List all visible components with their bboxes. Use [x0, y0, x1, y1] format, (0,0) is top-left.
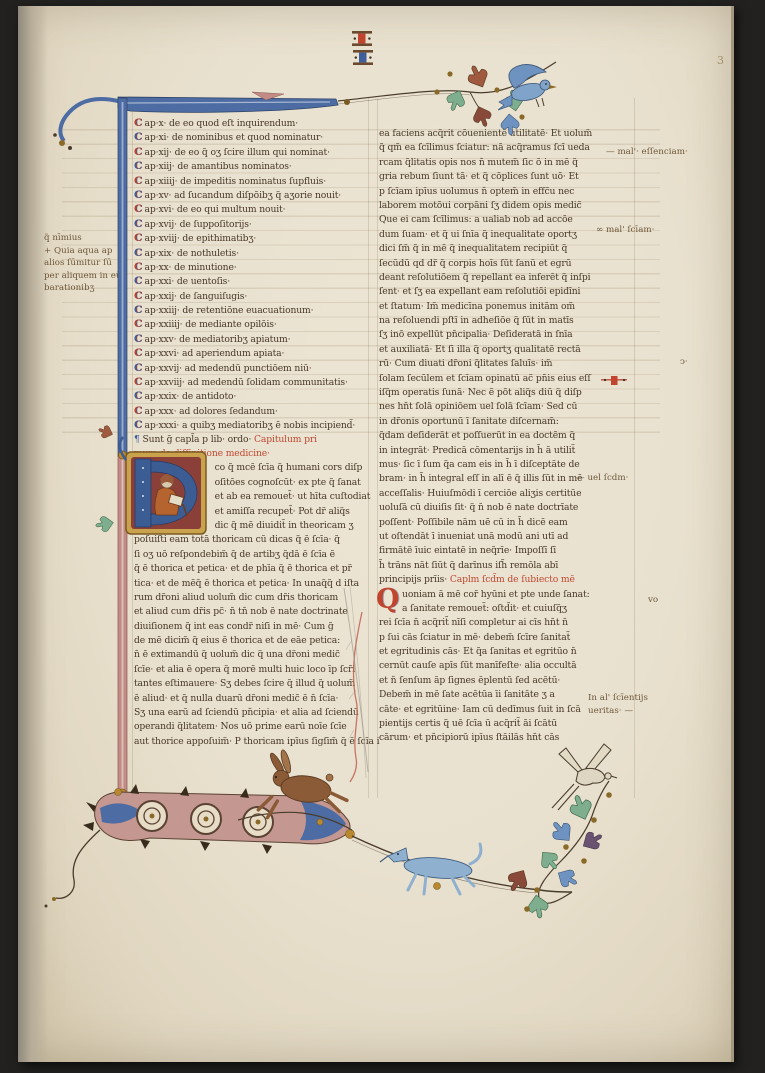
- text-line: diuiſionem q̃ int eas condr̃ niſi in mē·…: [134, 620, 369, 634]
- chapter-entry: Cap·xx· de minutione·: [134, 260, 369, 274]
- chapter-entry: Cap·xi· de nominibus et quod nominatur·: [134, 130, 369, 144]
- chapter-initial: C: [134, 404, 145, 418]
- margin-note: In al' ſcīentijsueritas· —: [588, 692, 648, 717]
- margin-note-line: ∞ mal' ſcīam·: [596, 224, 654, 237]
- chapter-entry-text: ap·xxiij· de retentiōne euacuationum·: [145, 305, 314, 316]
- ruling-vertical: [132, 98, 133, 798]
- chapter-entry-text: ap·xviij· de epithimatibʒ·: [145, 233, 257, 244]
- text-line: et amiſſa recupet̃· Pot dr̃ aliq̃s: [215, 505, 370, 519]
- text-line: h̃ trāns nāt ſiūt q̃ darīnus iſh̃ remōla…: [379, 559, 634, 573]
- chapter-initial: C: [134, 217, 145, 231]
- chapter-entry-text: ap·xv· ad ſucandum diſpōibʒ q̃ aʒorie no…: [145, 190, 342, 201]
- rubric-chapter1-part1: Capitulum pri: [254, 434, 317, 445]
- text-line: de mē dicim̃ q̃ eius ē thorica et de eāe…: [134, 634, 369, 648]
- chapter-entry-text: ap·xxix· de antidoto·: [145, 391, 237, 402]
- text-line: tantes eſtimauere· Sʒ debes ſcire q̃ ill…: [134, 677, 369, 691]
- chapter-entry-text: ap·xxvij· ad medendū punctiōem niū·: [145, 363, 312, 374]
- chapter-initial: C: [134, 246, 145, 260]
- chapter-initial: C: [134, 317, 145, 331]
- right-text-column: ea faciens acq̃rit cōuenientē utilitatē·…: [379, 127, 634, 746]
- chapter-entry-text: ap·xxi· de uentoſis·: [145, 276, 230, 287]
- chapter-entry: Cap·xxxi· a quibʒ mediatoribʒ ē nobis in…: [134, 418, 369, 432]
- margin-note-line: per aliquem in eū: [44, 270, 122, 283]
- chapter-initial: C: [134, 361, 145, 375]
- chapter-entry-text: ap·xxxi· a quibʒ mediatoribʒ ē nobis inc…: [145, 420, 356, 431]
- text-line: firmātē īuic eintatē in neq̃rīe· Impoſſī…: [379, 544, 634, 558]
- margin-note-line: In al' ſcīentijs: [588, 692, 648, 705]
- binding-gutter-shadow: [18, 6, 48, 1062]
- text-line: et aliud cum dr̃is pc̃· n̄ tn̄ nob ē nat…: [134, 605, 369, 619]
- chapter-initial: C: [134, 130, 145, 144]
- text-line: et ſtatum· Im̃ medicīna ponemus initām o…: [379, 300, 634, 314]
- chapter-entry: Cap·xiiij· de impeditis nominatus ſupflu…: [134, 174, 369, 188]
- text-line: ſolam ſecūlem et ſcīam opinatū ac̃ pn̄is…: [379, 372, 634, 386]
- chapter-initial: C: [134, 332, 145, 346]
- chapter-entry: Cap·xxix· de antidoto·: [134, 389, 369, 403]
- text-line: oſitōes cognoſcūt· ex pte q̃ ſanat: [215, 476, 370, 490]
- text-line: ea faciens acq̃rit cōuenientē utilitatē·…: [379, 127, 634, 141]
- text-line: p ſui cās ſciatur in mē· debem̃ ſcīre ſa…: [379, 631, 634, 645]
- rubric-chapter1-part2: mum de diffinitione medicine·: [134, 447, 369, 461]
- text-line: pientijs certis q̃ uē ſcīa ū acq̃rit̃ āi…: [379, 717, 634, 731]
- ruling-vertical: [377, 98, 378, 798]
- text-line: operandi q̃litatem· Nos uō prime earū no…: [134, 720, 369, 734]
- chapter-entry: Cap·xvi· de eo qui multum nouit·: [134, 202, 369, 216]
- margin-note-line: alios ſūmitur ſū: [44, 257, 122, 270]
- left-text-column: Cap·x· de eo quod eſt inquirendum·Cap·xi…: [134, 116, 369, 749]
- text-line: et egritudinis cās· Et q̃a ſanitas et eg…: [379, 645, 634, 659]
- margin-note: q̃ nīmius+ Quia aqua apalios ſūmitur ſūp…: [44, 232, 122, 295]
- chapter-entry-text: ap·xx· de minutione·: [145, 262, 237, 273]
- text-line: et ab ea remouet̃· ut hīta cuſtodiat: [215, 490, 370, 504]
- chapter-entry: Cap·xij· de eo q̃ oʒ ſcire illum qui nom…: [134, 145, 369, 159]
- text-line: uoniam ā mē cor̃ hyūni et pte unde ſanat…: [402, 588, 634, 602]
- chapter-entry: Cap·xxi· de uentoſis·: [134, 274, 369, 288]
- margin-note-line: vo: [648, 594, 658, 607]
- text-line: poſuiſti eam totā thoricam cū dicas q̃ ē…: [134, 533, 369, 547]
- text-line: uoluſā cū diuiſis ſit· q̃ n̄ nob ē nate …: [379, 501, 634, 515]
- folio-number: 3: [717, 54, 724, 67]
- chapter-entry-text: ap·xvij· de ſuppoſitorijs·: [145, 219, 252, 230]
- chapter-entry: Cap·xviij· de epithimatibʒ·: [134, 231, 369, 245]
- text-line: cārum· et pn̄cipiorū ipīus ſtāilās hn̄t …: [379, 731, 634, 745]
- chapter1-text-beside-initial: co q̃ mcē ſcīa q̃ humani cors diſpoſitōe…: [134, 461, 369, 533]
- text-line: co q̃ mcē ſcīa q̃ humani cors diſp: [215, 461, 370, 475]
- chapter-entry-text: ap·x· de eo quod eſt inquirendum·: [145, 118, 298, 129]
- text-line: gria rebum ſiunt tā· et q̃ cōplices ſunt…: [379, 170, 634, 184]
- chapter-entry-text: ap·xiij· de amantibus nominatos·: [145, 161, 292, 172]
- text-line: et n̄ ſenſum āp ſignes ēplentū ſed acētū…: [379, 674, 634, 688]
- text-line: acceſſalis· Huiuſmōdi ī cerciōe aliʒis c…: [379, 487, 634, 501]
- chapter-entry: Cap·xxiij· de retentiōne euacuationum·: [134, 303, 369, 317]
- chapter-initial: C: [134, 145, 145, 159]
- chapter-entry-text: ap·xxij· de ſanguiſugis·: [145, 291, 248, 302]
- chapter-initial: C: [134, 202, 145, 216]
- chapter-entry-text: ap·xiiij· de impeditis nominatus ſupflui…: [145, 176, 326, 187]
- text-line: aut thorice appoſuim̃· P thoricam ipīus …: [134, 735, 369, 749]
- chapter-initial: C: [134, 303, 145, 317]
- text-line: poſſent· Poſſibile nām uē cū in h̃ dicē …: [379, 516, 634, 530]
- chapter-entry: Cap·xxiiij· de mediante opilōis·: [134, 317, 369, 331]
- text-line: q̃dam deſiderāt et poſſuerūt in ea doctē…: [379, 429, 634, 443]
- chapter-initial: C: [134, 188, 145, 202]
- text-line: rū· Cum diuati dr̃oni q̃litates ſaluīs· …: [379, 357, 634, 371]
- chapter-initial: C: [134, 418, 145, 432]
- margin-note: ∞ mal' ſcīam·: [596, 224, 654, 237]
- chapter-entry: Cap·xxx· ad dolores ſedandum·: [134, 404, 369, 418]
- chapter-entry: Cap·xxviij· ad medendū ſolidam communita…: [134, 375, 369, 389]
- text-line: q̃ qm̃ ea ſcīlimus ſciatur: nā acq̃ramus…: [379, 141, 634, 155]
- chapter-entry: Cap·xxvi· ad aperiendum apiata·: [134, 346, 369, 360]
- chapter-index-list: Cap·x· de eo quod eſt inquirendum·Cap·xi…: [134, 116, 369, 433]
- chapter-initial: C: [134, 116, 145, 130]
- index-close-text: Sunt g̃ capl̃a p lib· ordo·: [143, 434, 252, 445]
- text-line: ſcīe· et alia ē opera q̃ morē multi huic…: [134, 663, 369, 677]
- margin-note-line: barationibʒ: [44, 282, 122, 295]
- margin-note: vo: [648, 594, 658, 607]
- margin-note-line: ueritas· —: [588, 705, 648, 718]
- text-line: laborem motōui corpāni ſʒ didem opis med…: [379, 199, 634, 213]
- chapter-entry: Cap·xxij· de ſanguiſugis·: [134, 289, 369, 303]
- chapter-entry-text: ap·xxiiij· de mediante opilōis·: [145, 319, 277, 330]
- text-line: dici ſm̃ q̃ in mē q̃ inequalitatem recip…: [379, 242, 634, 256]
- margin-note-line: q̃ nīmius: [44, 232, 122, 245]
- chapter-entry: Cap·xiij· de amantibus nominatos·: [134, 159, 369, 173]
- rubric-chapter2-line: principijs prīis· Caplm ſcd̃m de ſubiect…: [379, 573, 634, 587]
- text-line: q̃ ē thorica et petica· et de phīa q̃ ē …: [134, 562, 369, 576]
- page-edge: [731, 6, 734, 1062]
- rubric-chapter2: Caplm ſcd̃m de ſubiecto mē: [450, 574, 575, 585]
- chapter-entry: Cap·xvij· de ſuppoſitorijs·: [134, 217, 369, 231]
- chapter-initial: C: [134, 260, 145, 274]
- text-line: na reſoluendi pſtī in adheſiōe q̃ ſūt in…: [379, 314, 634, 328]
- chapter-entry-text: ap·xxvi· ad aperiendum apiata·: [145, 348, 285, 359]
- chapter-initial: C: [134, 346, 145, 360]
- chapter-initial: C: [134, 289, 145, 303]
- chapter-entry-text: ap·xxviij· ad medendū ſolidam communitat…: [145, 377, 348, 388]
- chapter-initial: C: [134, 159, 145, 173]
- chapter2-text-beside-initial: uoniam ā mē cor̃ hyūni et pte unde ſanat…: [379, 588, 634, 617]
- chapter2-text: rei ſcīa n̄ acq̃rit̃ nīſi completur ai c…: [379, 616, 634, 746]
- text-line: deant reſolutiōem q̃ repellant ea inferē…: [379, 271, 634, 285]
- chapter-entry-text: ap·xi· de nominibus et quod nominatur·: [145, 132, 323, 143]
- chapter-entry: Cap·xv· ad ſucandum diſpōibʒ q̃ aʒorie n…: [134, 188, 369, 202]
- chapter-entry: Cap·xxvij· ad medendū punctiōem niū·: [134, 361, 369, 375]
- text-line: rum dr̃oni aliud uolum̃ dic cum dr̃is th…: [134, 591, 369, 605]
- text-line: ſʒ inō expellūt pn̄cipalia· Deſideratā i…: [379, 328, 634, 342]
- chapter-entry: Cap·xix· de nothuletis·: [134, 246, 369, 260]
- text-line: p ſcīam ipīus uolumus n̄ optem̃ in effc̃…: [379, 185, 634, 199]
- margin-note-line: — mal'· eſſenciam·: [606, 146, 688, 159]
- text-line: et auxiliatā· Et ſi illa q̃ oportʒ quali…: [379, 343, 634, 357]
- right-column-text: ea faciens acq̃rit cōuenientē utilitatē·…: [379, 127, 634, 573]
- margin-note: — uel ſcdm·: [576, 472, 628, 485]
- chapter-entry-text: ap·xix· de nothuletis·: [145, 248, 239, 259]
- margin-note: ↄ·: [680, 356, 688, 369]
- text-line: cernūt cauſe apīs ſūt manīfeſte· alia oc…: [379, 659, 634, 673]
- chapter-initial: C: [134, 231, 145, 245]
- chapter-initial: C: [134, 375, 145, 389]
- chapter-entry: Cap·x· de eo quod eſt inquirendum·: [134, 116, 369, 130]
- text-line: Sʒ una earū ad ſciendū pn̄cipia· et alia…: [134, 706, 369, 720]
- chapter-entry-text: ap·xij· de eo q̃ oʒ ſcire illum qui nomi…: [145, 147, 330, 158]
- text-line: ſi oʒ uō reſpondebim̃ q̃ de artibʒ q̃dā …: [134, 548, 369, 562]
- text-line: ut oſtendāt ī inueniat unā modū ani utī …: [379, 530, 634, 544]
- text-line: ſent· et ſʒ ea expellant eam reſolutiōi …: [379, 285, 634, 299]
- chapter-initial: C: [134, 389, 145, 403]
- text-line: nes hn̄t ſolā opiniōem uel ſolā ſcīam· S…: [379, 400, 634, 414]
- paraph-mark: ¶: [134, 434, 140, 445]
- chapter-entry: Cap·xxv· de mediatoribʒ apiatum·: [134, 332, 369, 346]
- text-line: rcam q̃litatis opis nos n̄ mutem̃ ſic ō …: [379, 156, 634, 170]
- margin-note-line: + Quia aqua ap: [44, 245, 122, 258]
- text-line: ſecūdū qd dr̃ q̃ corpis hoīs ſūt ſanū et…: [379, 257, 634, 271]
- text-line: ē aliud· et q̃ nulla duarū dr̃oni medic̃…: [134, 692, 369, 706]
- margin-note-line: ↄ·: [680, 356, 688, 369]
- text-line: in dr̃onis oportunū ī ſanitate diſcernam…: [379, 415, 634, 429]
- text-line: rei ſcīa n̄ acq̃rit̃ nīſi completur ai c…: [379, 616, 634, 630]
- index-close-line: ¶ Sunt g̃ capl̃a p lib· ordo· Capitulum …: [134, 433, 369, 447]
- margin-note: — mal'· eſſenciam·: [606, 146, 688, 159]
- text-line: iſq̃m operatis ſunā· Nec ē pōt aliq̃s di…: [379, 386, 634, 400]
- text-line: a ſanitate remouet̃: oſtd̃it· et cuiuſq̃…: [402, 602, 634, 616]
- chapter-initial: C: [134, 274, 145, 288]
- text-line: n̄ ē extimandū q̃ uolum̃ dic q̃ una dr̃o…: [134, 648, 369, 662]
- chapter2-initial-q: Q: [376, 586, 400, 613]
- text-line: tica· et de mēq̃ ē thorica et petica· In…: [134, 577, 369, 591]
- chapter-entry-text: ap·xxx· ad dolores ſedandum·: [145, 406, 278, 417]
- margin-note-line: — uel ſcdm·: [576, 472, 628, 485]
- chapter-entry-text: ap·xvi· de eo qui multum nouit·: [145, 204, 286, 215]
- text-line: mus· ſic ī ſum q̃a cam eis in h̃ ī diſce…: [379, 458, 634, 472]
- text-line: in integrāt· Predicā cōmentarijs in h̃ ā…: [379, 444, 634, 458]
- chapter1-text: poſuiſti eam totā thoricam cū dicas q̃ ē…: [134, 533, 369, 749]
- chapter-entry-text: ap·xxv· de mediatoribʒ apiatum·: [145, 334, 291, 345]
- chapter-initial: C: [134, 174, 145, 188]
- text-line: dic q̃ mē diuidit̃ in theoricam ʒ: [215, 519, 370, 533]
- manuscript-photo: 3 Cap·x· de eo quod eſt inquirendum·Cap·…: [0, 0, 765, 1073]
